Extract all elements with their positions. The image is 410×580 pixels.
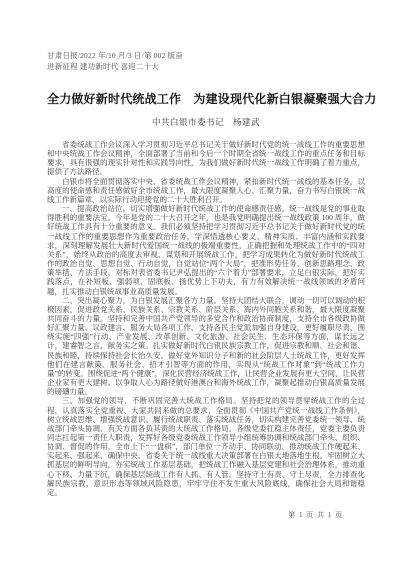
- body-paragraph: 白银市将全面贯彻落实中央、省委统战工作会议精神，紧扣新时代统一战线的基本任务，以…: [47, 177, 365, 204]
- page-number-footer: 第 1 页 共 1 页: [47, 510, 365, 520]
- body-paragraph: 三、加强党的领导，不断巩固完善大统战工作格局。坚持把党的领导贯穿统战工作的全过程…: [47, 396, 365, 497]
- article-title: 全力做好新时代统战工作 为建设现代化新白银凝聚强大合力: [47, 90, 365, 107]
- article-body: 省委统战工作会议深入学习贯彻习近平总书记关于做好新时代党的统一战线工作的重要思想…: [47, 140, 365, 497]
- document-page: 甘肃日报/2022 年/10 月/3 日/第 002 版奋进新征程 建功新时代 …: [0, 0, 410, 580]
- article-byline: 中共白银市委书记 杨建武: [47, 116, 365, 128]
- body-paragraph: 二、突出凝心聚力，为白银发展汇聚各方力量。坚持大团结大联合，调动一切可以调动的积…: [47, 296, 365, 397]
- body-paragraph: 省委统战工作会议深入学习贯彻习近平总书记关于做好新时代党的统一战线工作的重要思想…: [47, 140, 365, 177]
- body-paragraph: 一、提高政治站位，切实增强做好新时代统战工作的使命感责任感。统一战线是党的事业取…: [47, 204, 365, 296]
- masthead-source-line: 甘肃日报/2022 年/10 月/3 日/第 002 版奋进新征程 建功新时代 …: [47, 50, 185, 72]
